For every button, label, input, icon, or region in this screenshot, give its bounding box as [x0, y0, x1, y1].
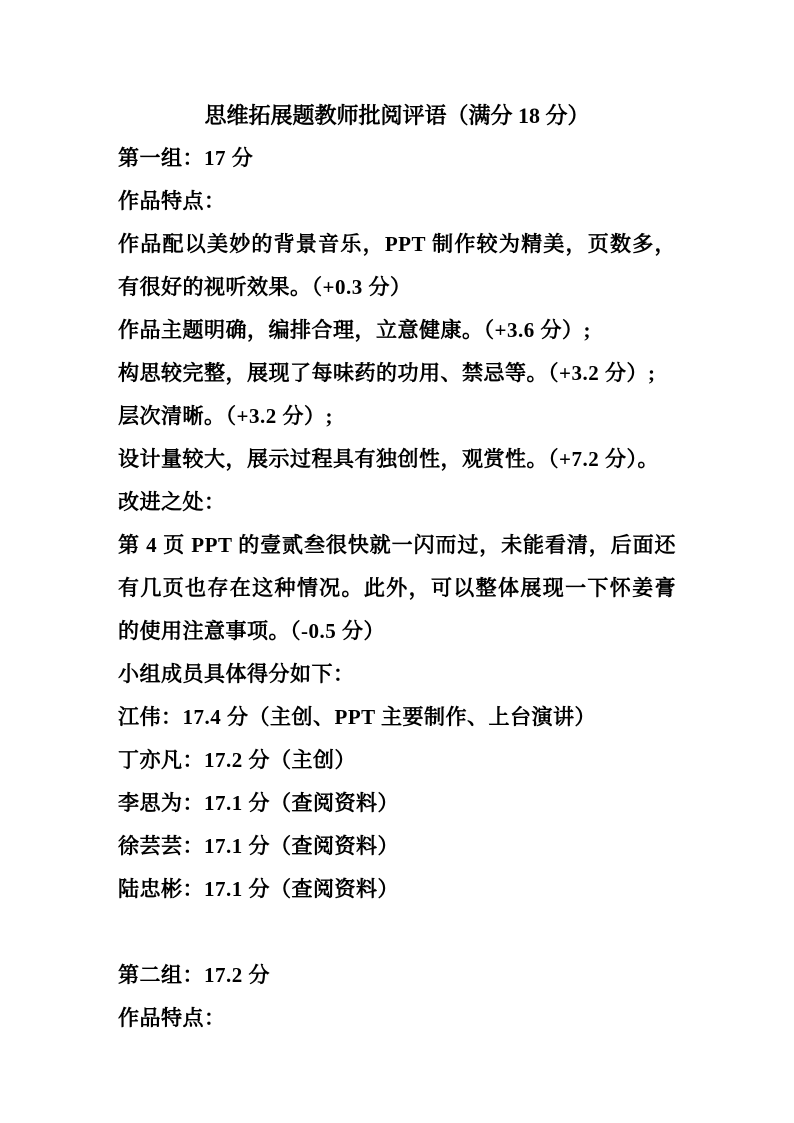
- document-title: 思维拓展题教师批阅评语（满分 18 分）: [118, 94, 676, 137]
- paragraph-group2-score: 第二组：17.2 分: [118, 954, 676, 997]
- paragraph-group1-score: 第一组：17 分: [118, 137, 676, 180]
- paragraph-feature-music: 作品配以美妙的背景音乐，PPT 制作较为精美，页数多，有很好的视听效果。（+0.…: [118, 223, 676, 309]
- paragraph-member-xuyunyun: 徐芸芸：17.1 分（查阅资料）: [118, 825, 676, 868]
- paragraph-work-features-heading: 作品特点：: [118, 180, 676, 223]
- document-page: 思维拓展题教师批阅评语（满分 18 分） 第一组：17 分 作品特点： 作品配以…: [0, 0, 794, 1123]
- paragraph-feature-clarity: 层次清晰。（+3.2 分）;: [118, 395, 676, 438]
- paragraph-work-features-heading-2: 作品特点：: [118, 997, 676, 1040]
- paragraph-feature-structure: 构思较完整，展现了每味药的功用、禁忌等。（+3.2 分）;: [118, 352, 676, 395]
- paragraph-member-dingyifan: 丁亦凡：17.2 分（主创）: [118, 739, 676, 782]
- paragraph-feature-theme: 作品主题明确，编排合理，立意健康。（+3.6 分）;: [118, 309, 676, 352]
- paragraph-feature-design: 设计量较大，展示过程具有独创性，观赏性。（+7.2 分）。: [118, 438, 676, 481]
- paragraph-improvements-heading: 改进之处：: [118, 481, 676, 524]
- document-content: 思维拓展题教师批阅评语（满分 18 分） 第一组：17 分 作品特点： 作品配以…: [118, 94, 676, 1040]
- paragraph-member-jiangwei: 江伟：17.4 分（主创、PPT 主要制作、上台演讲）: [118, 696, 676, 739]
- paragraph-member-luzhongbin: 陆忠彬：17.1 分（查阅资料）: [118, 868, 676, 911]
- blank-line: [118, 911, 676, 954]
- paragraph-improvement-detail: 第 4 页 PPT 的壹贰叁很快就一闪而过，未能看清，后面还有几页也存在这种情况…: [118, 524, 676, 653]
- paragraph-member-scores-heading: 小组成员具体得分如下：: [118, 653, 676, 696]
- paragraph-member-lisiwei: 李思为：17.1 分（查阅资料）: [118, 782, 676, 825]
